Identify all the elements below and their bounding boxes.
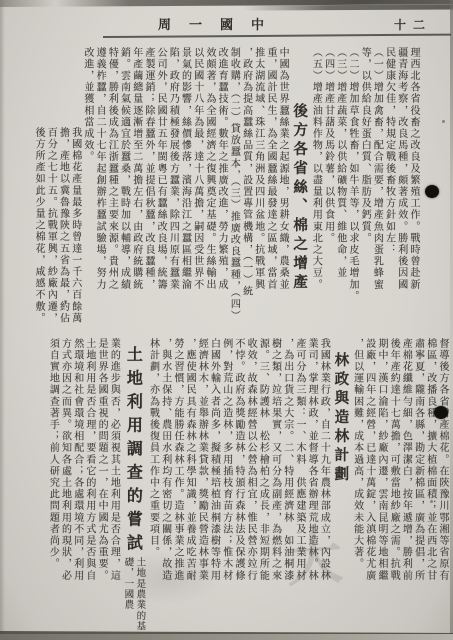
text-column: 重，國計民生，為全國蠶絲最發達之區域，當首 xyxy=(264,47,276,335)
text-column: 百分之七十五。抗戰軍興，紗廠內遷， xyxy=(44,47,56,335)
text-column: 後方所產如此少量之棉花，咸感不敷。 xyxy=(32,47,44,335)
text-column: （二）增加草食牲畜，如牛羊等，以求皮毛增加。 xyxy=(346,47,358,335)
text-column: 我國棉花產量最多時曾達一千六百餘萬 xyxy=(69,47,81,335)
text-column: 例，對荒山之造林，多用插枝育苗方法；惟木材 xyxy=(220,338,232,635)
faint-stamp-blob xyxy=(112,552,222,604)
text-column: 源。三、防護林 松杉檜柏之成長，非短期所能 xyxy=(256,338,268,635)
scan-edge-left xyxy=(0,0,5,640)
text-column: ，但以運輸困難，成本過高，成效未能大著。 xyxy=(350,338,362,635)
scan-speck xyxy=(430,500,433,503)
section-heading: 後方各省絲、棉之增產 xyxy=(288,47,309,335)
text-column: 然環境和社會環境相配合；各處環境不同，利用 xyxy=(71,338,83,635)
text-column: 等，以供給良好蛋白質、脂肪及鈣質。 xyxy=(358,47,370,335)
text-column: 銷。雲南氣候適宜於蠶桑，戰時加以輔導，成績 xyxy=(117,47,129,335)
text-column: 產製運銷；除春蠶外，並提倡秋蠶，改良蠶種， xyxy=(142,47,154,335)
text-column: 樹之類，竝培果實，又可分為副產，為燃料之來 xyxy=(268,338,280,635)
text-column: 改進，並獲相當成效。 xyxy=(81,47,93,335)
scan-speck xyxy=(442,120,445,123)
text-column: （三）增產蔬菜，以供給礦物質、維他命，並 xyxy=(334,47,346,335)
punch-hole-top xyxy=(425,185,439,198)
publication-title: 周一國中 xyxy=(158,14,288,33)
text-column: 棉區，改播良種，擴大植棉面積；並在西北之甘 xyxy=(424,338,436,635)
text-column: 年產繭總量逐漸增至二萬擔左右，由政府統購統 xyxy=(130,47,142,335)
text-column: 後年產約達十七萬擔，可敷當地紗廠之需。抗戰 xyxy=(387,338,399,635)
text-column: 公司外，民國廿五年閩粵已有蠶絲改良場，統籌 xyxy=(154,47,166,335)
text-column: 須自實地調查著手；前人研究此問題者尚少。 xyxy=(46,338,58,635)
text-column: ，政府為提高蠶絲品質，設置專管機構，（一）統 xyxy=(239,47,251,335)
section-heading-text: 土地利用調查的嘗試 xyxy=(119,338,146,566)
text-column: 期中，漢口淪陷，紗廠內遷，雲南昆明等地相繼 xyxy=(375,338,387,635)
text-column: 制收購，（二）貸放蠶本，（三）推廣改良蠶種，（四） xyxy=(227,47,239,335)
text-column: 推太湖流域、珠江三角洲及四川盆地。抗戰軍興 xyxy=(252,47,264,335)
scan-speck xyxy=(418,352,421,355)
lower-text-band: 督導後方各省增產棉花。在陝豫川鄂湘等省原有棉區，改播良種，擴大植棉面積；並在西北… xyxy=(30,338,448,635)
text-column: 督導後方各省增產棉花。在陝豫川鄂湘等省原有 xyxy=(436,338,448,635)
text-column: 以民國十八年為最，達十八萬擔，嗣因受世界不 xyxy=(191,47,203,335)
text-column: （一）增加禽畜，配合需要，增產魚肉蛋乳蜂蜜 xyxy=(370,47,382,335)
text-column: 設廠，四年之經營，已達十萬錠，入滇棉花尤廣 xyxy=(363,338,375,635)
punch-hole-bottom xyxy=(434,406,448,419)
text-column: 遵義柞蠶，自二十七年起創辦柞蠶試驗場，努力 xyxy=(93,47,105,335)
text-column: 產棉花纖維勻細，色澤潔白，按年遞增，勝利前 xyxy=(399,338,411,635)
scan-speck xyxy=(64,300,67,303)
faint-stamp-character: 大 xyxy=(283,514,344,598)
text-column: 民健康欠佳，特規定戰後畜牧方針如左： xyxy=(382,47,394,335)
text-column: 改進育蠶技術。數年之推廣改進，勞力繁殖，成 xyxy=(215,47,227,335)
upper-text-band: 理西北各省役畜之改良及繁殖工作。戰時曾赴新疆青海考察，改良馬種，頗著成效。勝利後… xyxy=(30,47,419,335)
text-column: 土地利用是否合理，要看它的利用方式是否與自 xyxy=(83,338,95,635)
text-column: 肅寧夏，隴南各縣，勘定新棉區，廣為提倡，所 xyxy=(411,338,423,635)
text-column: 是世界各國重視的問題之一，在中國尤為重要。 xyxy=(95,338,107,635)
text-column: 中國為世界蠶絲業之起源地，男耕女織，農桑並 xyxy=(276,47,288,335)
text-column: 不悖。政府為獎勵造林，特頒行森林法及保護條 xyxy=(232,338,244,635)
text-column: 業的進步與否，必須視其土地利用是否合理，這 xyxy=(107,338,119,635)
text-column: 方式亦因之而異。欲知各處土地利用的現狀，必 xyxy=(58,338,70,635)
text-column: 陷，政府乃積極發展後方蠶業，除四川原有蠶業 xyxy=(166,47,178,335)
text-column: 景氣的影響，絲價慘落，濱海沿江之蠶區相繼淪 xyxy=(178,47,190,335)
text-column: 收效，故森林經營以公營為相宜，惟民營亦竝行 xyxy=(244,338,256,635)
text-column: 擔，產地以冀魯豫陝之五省為最，約佔 xyxy=(56,47,68,335)
text-column: 效頗著，為全國經濟之復興奠定基礎。生絲輸出 xyxy=(203,47,215,335)
text-column: （五）增產油料作物，以盡量利用東北之大豆。 xyxy=(309,47,321,335)
text-column: 理西北各省役畜之改良及繁殖工作。戰時曾赴新 xyxy=(407,47,419,335)
text-column: 特優，勝利後成為江浙蠶種之主要來源。貴州之 xyxy=(105,47,117,335)
text-column: 疆青海考察，改良馬種，頗著成效。勝利後因國 xyxy=(395,47,407,335)
text-column: （四）增產甘藷及馬鈴薯，以供食用。 xyxy=(321,47,333,335)
page-number: 十二 xyxy=(394,16,432,33)
